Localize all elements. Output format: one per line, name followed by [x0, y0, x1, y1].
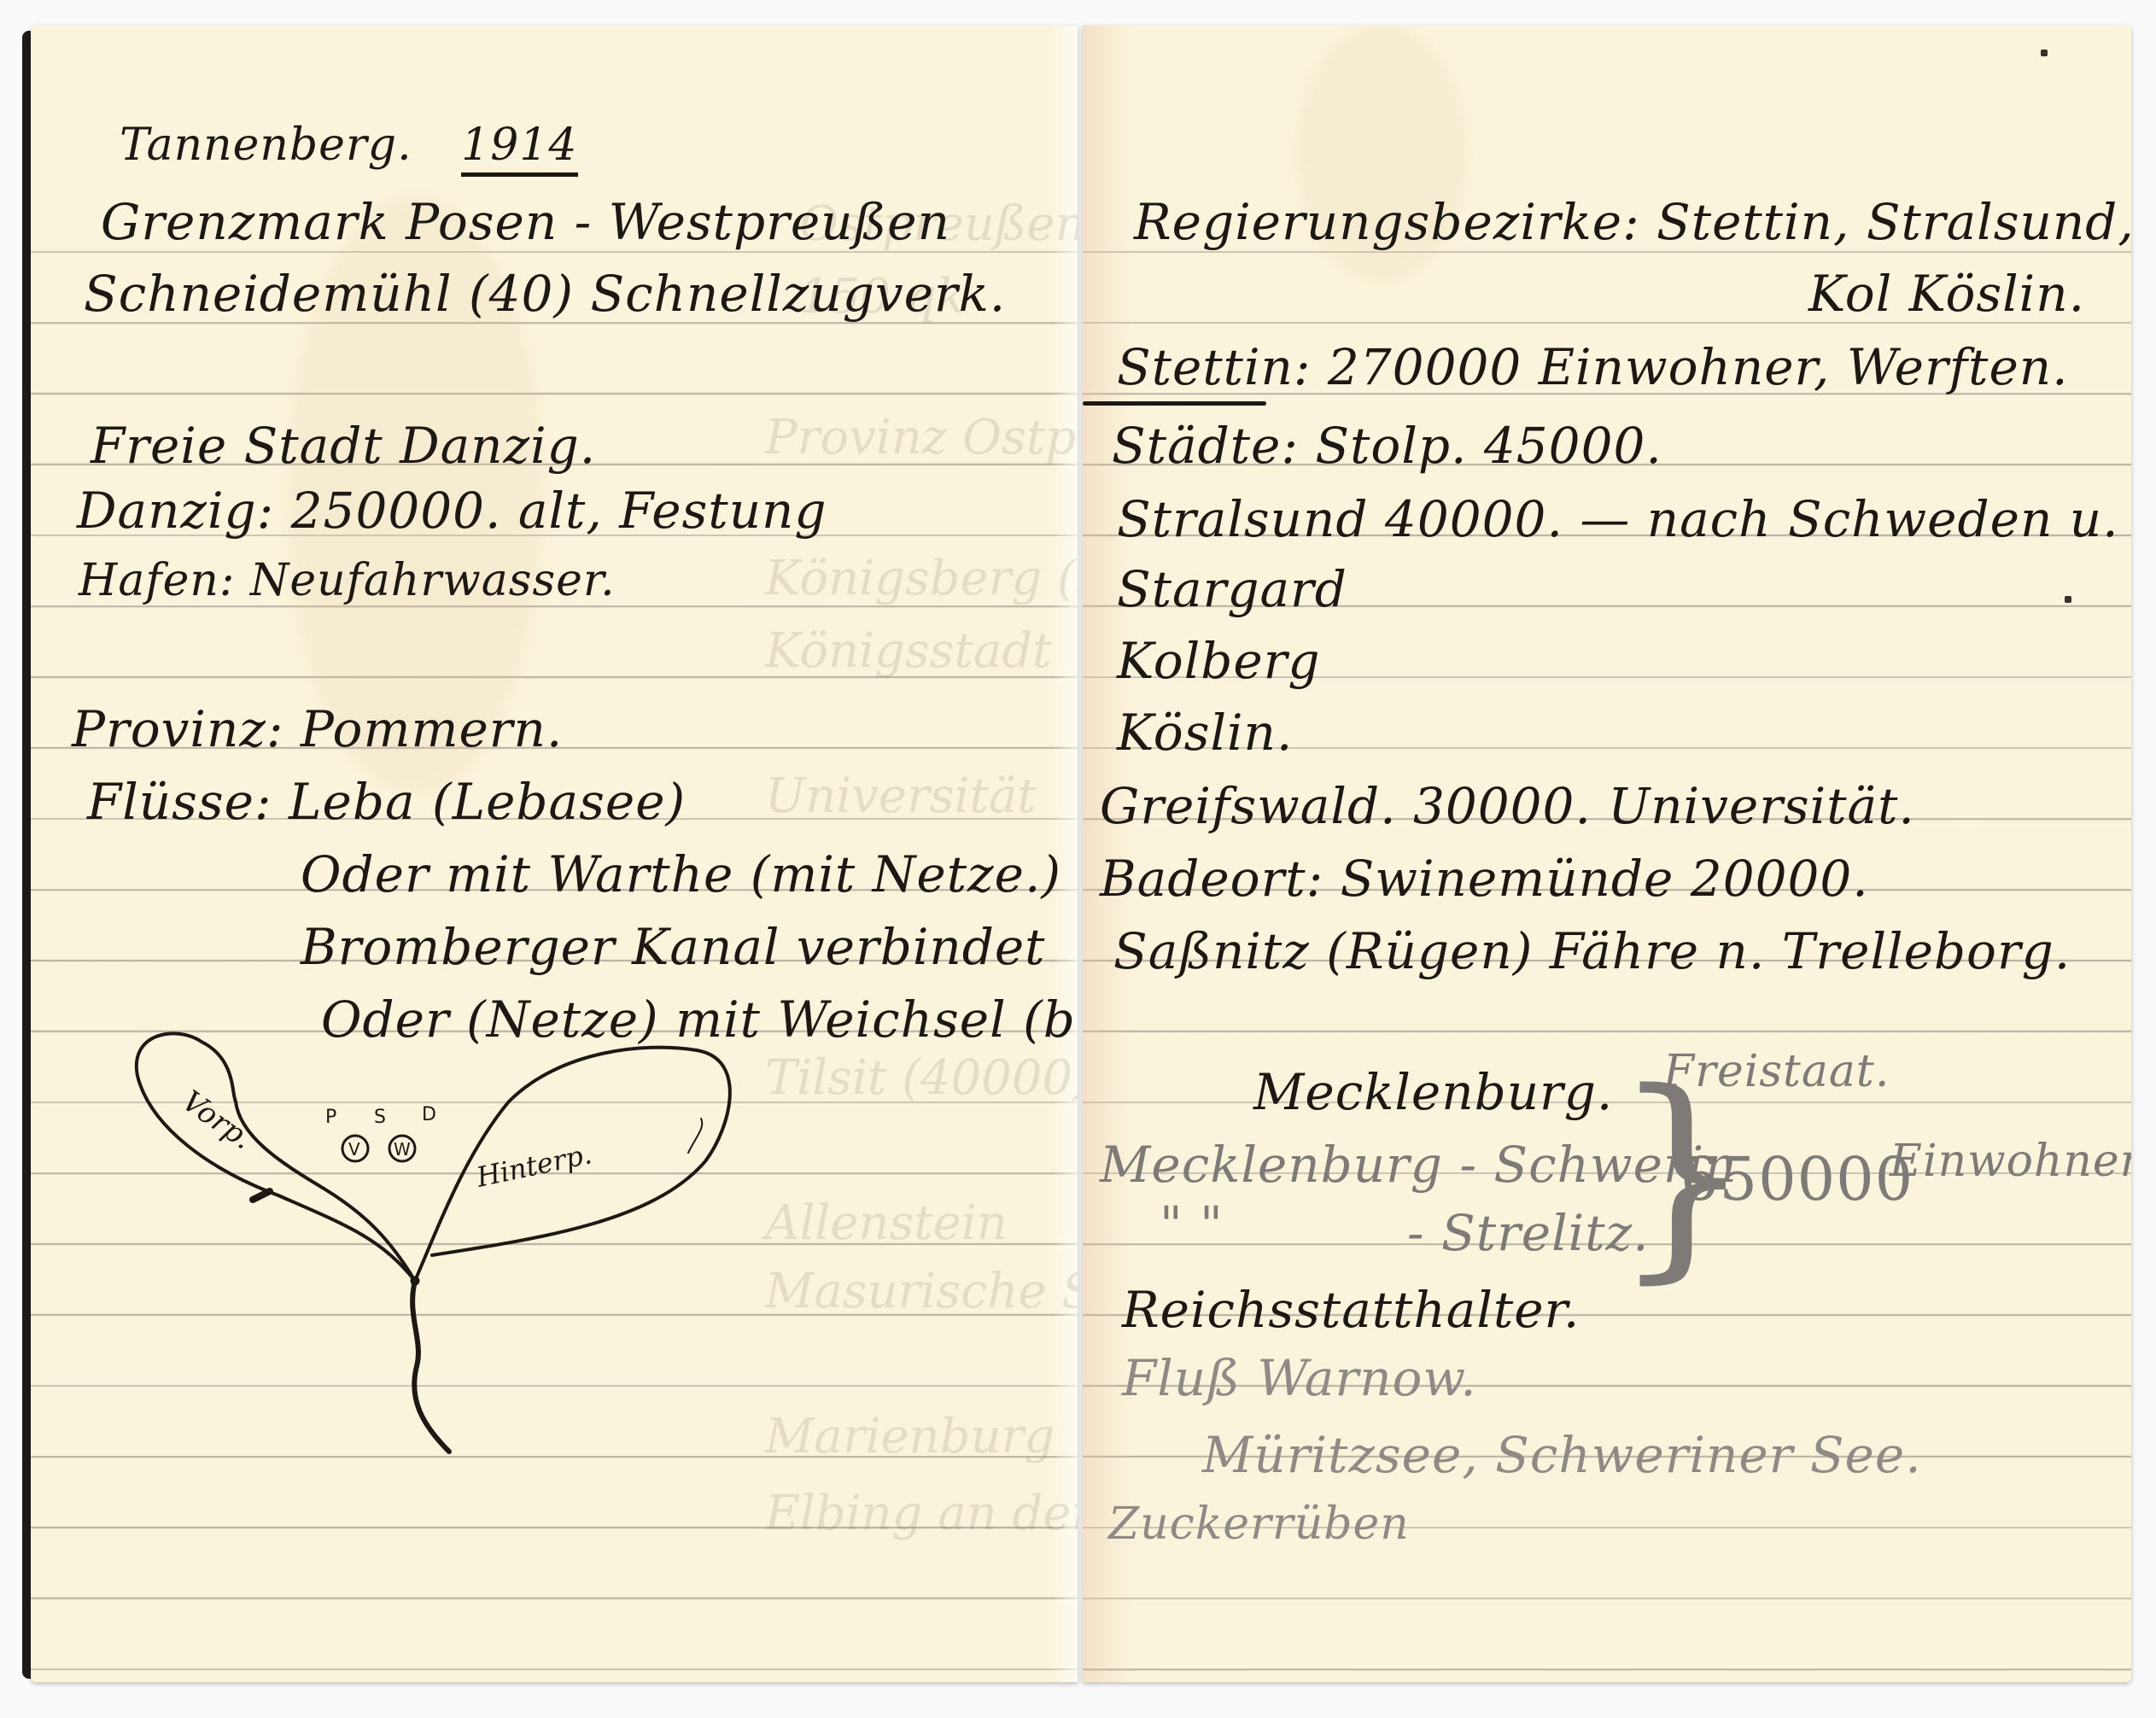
circled-letter-w: W: [394, 1139, 411, 1160]
ink-speck: [2041, 50, 2048, 56]
line-zuckerrueben: Zuckerrüben: [1108, 1499, 1410, 1550]
line-freie-stadt-danzig: Freie Stadt Danzig.: [91, 417, 596, 475]
line-regierungsbezirke: Regierungsbezirke: Stettin, Stralsund,: [1134, 193, 2131, 251]
notebook-spread: Ostpreußen 1911 150 qk Provinz Ostpreuße…: [0, 0, 2156, 1718]
letter-p: P: [325, 1107, 336, 1128]
line-oder-warthe: Oder mit Warthe (mit Netze.): [301, 845, 1061, 903]
population-unit: Einwohner.: [1890, 1136, 2131, 1187]
line-hafen: Hafen: Neufahrwasser.: [79, 555, 616, 606]
line-provinz: Provinz: Pommern.: [72, 700, 563, 758]
letter-d: D: [422, 1104, 436, 1125]
line-reichsstatthalter: Reichsstatthalter.: [1122, 1281, 1580, 1339]
label-hinterp: Hinterp.: [473, 1137, 594, 1194]
population-650000: 650000: [1680, 1144, 1914, 1214]
year-1914: 1914: [461, 120, 577, 177]
ink-speck: [2065, 596, 2071, 603]
ditto-marks: " ": [1160, 1195, 1224, 1253]
line-koeslin-struck: Kol Köslin.: [1808, 265, 2085, 323]
right-page: Regierungsbezirke: Stettin, Stralsund, K…: [1083, 26, 2131, 1682]
line-danzig: Danzig: 250000. alt, Festung: [77, 482, 827, 540]
bleed-through-text: Marienburg: [765, 1409, 1055, 1464]
heading-text: Tannenberg.: [120, 120, 412, 171]
bleed-through-text: Masurische Seen: [765, 1264, 1078, 1319]
pomerania-sketch-diagram: Vorp. Hinterp. P S D V W: [99, 1025, 765, 1486]
mecklenburg-heading: Mecklenburg.: [1253, 1063, 1613, 1121]
line-stralsund: Stralsund 40000. — nach Schweden u. Däne…: [1117, 490, 2131, 548]
line-badeort: Badeort: Swinemünde 20000.: [1100, 850, 1869, 908]
line-bromberger-kanal: Bromberger Kanal verbindet: [301, 918, 1046, 976]
left-page: Ostpreußen 1911 150 qk Provinz Ostpreuße…: [31, 26, 1078, 1682]
letter-s: S: [374, 1107, 386, 1128]
bleed-through-text: Königsstadt: [765, 623, 1052, 679]
line-fluesse: Flüsse: Leba (Lebasee): [87, 773, 686, 831]
line-schneidemuehl: Schneidemühl (40) Schnellzugverk.: [84, 265, 1006, 323]
line-stargard: Stargard: [1117, 560, 1347, 618]
bleed-through-text: Provinz Ostpreußen: [765, 410, 1078, 465]
bleed-through-text: Universität: [765, 768, 1037, 824]
circled-letter-v: V: [348, 1139, 360, 1160]
line-stettin: Stettin: 270000 Einwohner, Werften.: [1117, 338, 2069, 396]
bleed-through-text: Elbing an der Nogat: [765, 1486, 1078, 1541]
bleed-through-text: Königsberg (300000) Einwohner: [765, 551, 1078, 606]
line-sassnitz: Saßnitz (Rügen) Fähre n. Trelleborg.: [1113, 922, 2071, 980]
line-greifswald: Greifswald. 30000. Universität.: [1100, 777, 1915, 835]
line-staedte: Städte: Stolp. 45000.: [1112, 417, 1662, 475]
bleed-through-text: Tilsit (40000) Memel: [765, 1050, 1078, 1106]
heading-tannenberg: Tannenberg. 1914: [120, 120, 578, 171]
line-kolberg: Kolberg: [1117, 632, 1321, 690]
line-mueritzsee: Müritzsee, Schweriner See.: [1202, 1426, 1922, 1484]
line-koeslin: Köslin.: [1117, 704, 1293, 762]
line-grenzmark: Grenzmark Posen - Westpreußen: [101, 193, 950, 251]
line-fluss-warnow: Fluß Warnow.: [1122, 1349, 1477, 1407]
bleed-through-text: Allenstein: [765, 1195, 1008, 1251]
stettin-underline: [1083, 401, 1266, 406]
